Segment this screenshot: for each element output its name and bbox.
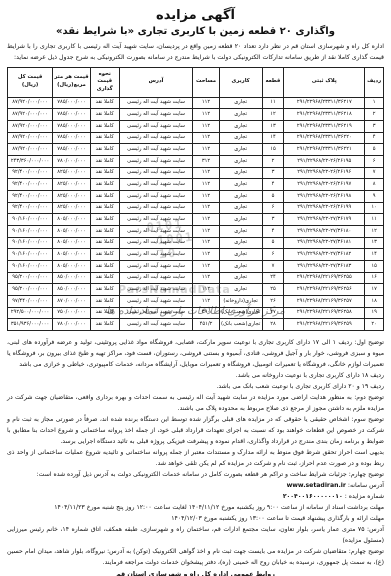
table-cell: کاملا نقد [90, 191, 119, 203]
table-cell: ۲۴۳/۳۶۰/۰۰۰/۰۰۰ [8, 156, 53, 168]
portal-address-label: آدرس سامانه: [348, 482, 384, 489]
table-cell: ۳۵۱/۹۳۶/۰۰۰/۰۰۰ [8, 319, 53, 331]
table-cell: ۳ [262, 214, 284, 226]
table-cell: ۸۷۰/۰۰۰/۰۰۰ [53, 295, 91, 307]
intro-paragraph: اداره کل راه و شهرسازی استان قم در نظر د… [7, 42, 384, 63]
table-cell: ۲۵ [262, 284, 284, 296]
table-cell: ۸۰۵/۰۰۰/۰۰۰ [53, 237, 91, 249]
table-cell: ۱۶ [365, 272, 384, 284]
table-cell: ۱۱۲ [193, 249, 219, 261]
table-cell: ۲۸ [262, 319, 284, 331]
table-cell: تجاری [219, 237, 262, 249]
table-row: ۱۲۲۹۱/۲۲۹۶۸/۲۲-۲۷/۳۶۱۸۰۴تجاری۱۱۲سایت شهی… [8, 226, 384, 238]
table-row: ۱۸۲۹۱/۲۲۹۶۸/۲۲۱۶۹/۳۶۲۵۷۲۶تجاری(داروخانه)… [8, 295, 384, 307]
table-cell: تجاری [219, 109, 262, 121]
setadiran-link[interactable]: www.setadiran.ir [287, 482, 346, 489]
table-cell: ۲۹۱/۲۲۹۶۸/۲۲-۲۷/۳۶۱۷۹ [284, 214, 365, 226]
table-cell: سایت شهید آیت اله رئیسی [119, 261, 193, 273]
table-cell: سایت شهید آیت اله رئیسی [119, 319, 193, 331]
table-cell: ۱۵ [262, 144, 284, 156]
table-cell: ۲۹۱/۲۲۹۶۸/۲۲۱۶۹/۳۶۲۵۶ [284, 284, 365, 296]
table-cell: کاملا نقد [90, 109, 119, 121]
table-cell: ۶ [262, 202, 284, 214]
table-cell: تجاری [219, 179, 262, 191]
table-cell: ۱۱۲ [193, 226, 219, 238]
table-cell: ۱۱۲ [193, 121, 219, 133]
table-cell: تجاری [219, 284, 262, 296]
table-cell: ۲۹۱/۲۲۹۶۸/۲۲-۲۶/۲۶۱۹۵ [284, 156, 365, 168]
column-header: قیمت هر متر مربع(ریال) [53, 68, 91, 98]
table-cell: کاملا نقد [90, 319, 119, 331]
table-cell: تجاری [219, 97, 262, 109]
table-cell: ۲۹۱/۲۲۹۶۸/۲۲-۲۷/۳۶۱۸۱ [284, 237, 365, 249]
signature-line: روابط عمومی اداره کل راه و شهرسازی استان… [7, 570, 384, 576]
column-header: آدرس [119, 68, 193, 98]
page-subtitle: واگذاری ۲۰ قطعه زمین با کاربری تجاری «با… [7, 26, 384, 37]
table-cell: ۷۵۰/۰۰۰/۰۰۰ [53, 307, 91, 319]
table-cell: ۳ [262, 167, 284, 179]
table-cell: کاملا نقد [90, 167, 119, 179]
table-cell: سایت شهید آیت اله رئیسی [119, 226, 193, 238]
table-cell: ۱۰ [365, 202, 384, 214]
table-cell: ۱۱۲ [193, 272, 219, 284]
table-cell: ۸۷/۹۲۰/۰۰۰/۰۰۰ [8, 97, 53, 109]
table-cell: ۵ [262, 191, 284, 203]
table-cell: ۸۷/۹۲۰/۰۰۰/۰۰۰ [8, 144, 53, 156]
table-cell: ۹۰/۱۶۰/۰۰۰/۰۰۰ [8, 261, 53, 273]
table-cell: ۱۱۲ [193, 237, 219, 249]
table-cell: ۲۹۱/۲۲۹۶۸/۲۳۳۱۱/۳۶۲۱۹ [284, 121, 365, 133]
table-row: ۱۲۹۱/۲۲۹۶۸/۲۳۳۱۱/۳۶۲۱۷۱۱تجاری۱۱۲سایت شهی… [8, 97, 384, 109]
table-cell: سایت شهید آیت اله رئیسی [119, 156, 193, 168]
table-row: ۱۷۲۹۱/۲۲۹۶۸/۲۲۱۶۹/۳۶۲۵۶۲۵تجاری۱۱۲سایت شه… [8, 284, 384, 296]
note-paragraph: بدیهی است احراز تحقق شرط فوق منوط به ارا… [7, 447, 384, 469]
table-cell: ۲۹۱/۲۲۹۶۸/۲۳۳۱۱/۳۶۲۲۰ [284, 132, 365, 144]
table-cell: ۱۱۲ [193, 202, 219, 214]
table-cell: ۱۱۲ [193, 214, 219, 226]
table-row: ۱۱۲۹۱/۲۲۹۶۸/۲۲-۲۷/۳۶۱۷۹۳تجاری۱۱۲سایت شهی… [8, 214, 384, 226]
table-cell: کاملا نقد [90, 307, 119, 319]
table-cell: ۱۱۲ [193, 261, 219, 273]
table-cell: ۷۸۵/۰۰۰/۰۰۰ [53, 121, 91, 133]
table-cell: سایت شهید آیت اله رئیسی [119, 191, 193, 203]
table-cell: ۷ [365, 167, 384, 179]
table-cell: ۱۱۲ [193, 97, 219, 109]
table-row: ۹۲۹۱/۲۲۹۶۸/۲۲-۲۶/۲۶۱۹۸۵تجاری۱۱۲سایت شهید… [8, 191, 384, 203]
table-cell: ۱۱۲ [193, 284, 219, 296]
table-cell: سایت شهید آیت اله رئیسی [119, 132, 193, 144]
table-cell: ۲ [262, 156, 284, 168]
note-paragraph: مهلت ارائه و بارگذاری پیشنهاد قیمت تا سا… [7, 513, 384, 524]
table-cell: ۹۵/۲۰۰/۰۰۰/۰۰۰ [8, 284, 53, 296]
table-cell: ۹۰/۱۶۰/۰۰۰/۰۰۰ [8, 226, 53, 238]
table-cell: سایت شهید آیت اله رئیسی [119, 284, 193, 296]
table-cell: ۲۹۱/۲۲۹۶۸/۲۲-۲۶/۲۶۱۹۸ [284, 191, 365, 203]
table-cell: ۱۷ [365, 284, 384, 296]
table-cell: تجاری [219, 202, 262, 214]
table-cell: کاملا نقد [90, 295, 119, 307]
table-cell: ۹۵/۲۰۰/۰۰۰/۰۰۰ [8, 272, 53, 284]
table-cell: ۴ [262, 226, 284, 238]
auction-table-body: ۱۲۹۱/۲۲۹۶۸/۲۳۳۱۱/۳۶۲۱۷۱۱تجاری۱۱۲سایت شهی… [8, 97, 384, 330]
notes-section: توضیح اول: ردیف ۱ الی ۱۷ دارای کاربری تج… [7, 337, 384, 568]
table-cell: ۹۲/۴۰۰/۰۰۰/۰۰۰ [8, 202, 53, 214]
table-cell: کاملا نقد [90, 284, 119, 296]
table-cell: ۱۱۲ [193, 144, 219, 156]
table-cell: تجاری [219, 132, 262, 144]
table-cell: تجاری(شعب بانک) [219, 319, 262, 331]
table-cell: ۱۱۲ [193, 132, 219, 144]
auction-table: ردیفپلاک ثبتیقطعهکاربریمساحتآدرسنحوه قیم… [7, 67, 384, 331]
note-paragraph: توضیح چهارم: متقاضیان شرکت در مزایده می … [7, 546, 384, 568]
table-row: ۱۰۲۹۱/۲۲۹۶۸/۲۲-۲۶/۲۶۱۹۹۶تجاری۱۱۲سایت شهی… [8, 202, 384, 214]
table-cell: سایت شهید آیت اله رئیسی [119, 109, 193, 121]
auction-table-header: ردیفپلاک ثبتیقطعهکاربریمساحتآدرسنحوه قیم… [8, 68, 384, 98]
table-cell: ۹۰/۱۶۰/۰۰۰/۰۰۰ [8, 237, 53, 249]
table-cell: سایت شهید آیت اله رئیسی [119, 144, 193, 156]
table-cell: ۱۸ [365, 295, 384, 307]
table-cell: ۱۴ [365, 249, 384, 261]
note-paragraph: ردیف ۱۹ و ۲۰ دارای کاربری تجاری با نوعیت… [7, 381, 384, 392]
table-row: ۱۵۲۹۱/۲۲۹۶۸/۲۲-۲۷/۳۶۱۸۳۷تجاری۱۱۲سایت شهی… [8, 261, 384, 273]
table-cell: کاملا نقد [90, 132, 119, 144]
table-cell: سایت شهید آیت اله رئیسی [119, 307, 193, 319]
table-cell: تجاری [219, 156, 262, 168]
table-cell: تجاری(شعب بانک) [219, 307, 262, 319]
table-cell: ۹۰/۱۶۰/۰۰۰/۰۰۰ [8, 214, 53, 226]
table-cell: ۲۷ [262, 307, 284, 319]
table-cell: تجاری [219, 249, 262, 261]
table-row: ۱۳۲۹۱/۲۲۹۶۸/۲۲-۲۷/۳۶۱۸۱۵تجاری۱۱۲سایت شهی… [8, 237, 384, 249]
table-cell: ۷۸۰/۰۰۰/۰۰۰ [53, 319, 91, 331]
table-cell: ۸۰۵/۰۰۰/۰۰۰ [53, 226, 91, 238]
table-cell: ۲۹۱/۲۲۹۶۸/۲۳۳۱۱/۳۶۲۲۱ [284, 144, 365, 156]
auction-number-label: شماره مزایده : [345, 493, 384, 500]
column-header: پلاک ثبتی [284, 68, 365, 98]
table-cell: ۱۹ [365, 307, 384, 319]
table-cell: کاملا نقد [90, 214, 119, 226]
column-header: کاربری [219, 68, 262, 98]
note-paragraph: آدرس: ۷۵ متری عمار یاسر، بلوار تعاون، سا… [7, 524, 384, 546]
table-cell: ۱۱۲ [193, 179, 219, 191]
header-row: ردیفپلاک ثبتیقطعهکاربریمساحتآدرسنحوه قیم… [8, 68, 384, 98]
table-row: ۷۲۹۱/۲۲۹۶۸/۲۲-۲۶/۲۶۱۹۶۳تجاری۱۱۲سایت شهید… [8, 167, 384, 179]
table-cell: کاملا نقد [90, 121, 119, 133]
table-cell: تجاری [219, 121, 262, 133]
table-cell: ۱۱ [365, 214, 384, 226]
table-cell: ۸۲۵/۰۰۰/۰۰۰ [53, 191, 91, 203]
table-cell: ۱۳ [365, 237, 384, 249]
table-cell: ۲۹۱/۲۲۹۶۸/۲۲۱۶۹/۳۶۲۵۸ [284, 307, 365, 319]
table-cell: کاملا نقد [90, 202, 119, 214]
note-paragraph: توضیح دوم: به منظور هدایت اراضی مورد مزا… [7, 392, 384, 414]
table-cell: ۷ [262, 261, 284, 273]
table-cell: کاملا نقد [90, 156, 119, 168]
table-cell: ۱۴ [262, 132, 284, 144]
table-cell: ۳۹۰ [193, 307, 219, 319]
table-cell: ۸۰۵/۰۰۰/۰۰۰ [53, 214, 91, 226]
table-cell: سایت شهید آیت اله رئیسی [119, 237, 193, 249]
table-cell: ۸۰۵/۰۰۰/۰۰۰ [53, 261, 91, 273]
table-cell: ۱۱۲ [193, 167, 219, 179]
table-cell: کاملا نقد [90, 97, 119, 109]
table-cell: ۲۹۱/۲۲۹۶۸/۲۲-۲۷/۳۶۱۸۲ [284, 249, 365, 261]
table-cell: ۱۱۲ [193, 295, 219, 307]
table-cell: ۸۲۵/۰۰۰/۰۰۰ [53, 202, 91, 214]
table-row: ۱۹۲۹۱/۲۲۹۶۸/۲۲۱۶۹/۳۶۲۵۸۲۷تجاری(شعب بانک)… [8, 307, 384, 319]
table-cell: ۴۵۱/۲ [193, 319, 219, 331]
table-cell: ۱۳ [262, 121, 284, 133]
table-cell: ۱۱ [262, 97, 284, 109]
table-cell: تجاری [219, 144, 262, 156]
table-cell: کاملا نقد [90, 226, 119, 238]
table-cell: ۲۹۱/۲۲۹۶۸/۲۲۱۶۹/۳۶۲۵۵ [284, 272, 365, 284]
table-row: ۸۲۹۱/۲۲۹۶۸/۲۲-۲۶/۲۶۱۹۷۴تجاری۱۱۲سایت شهید… [8, 179, 384, 191]
note-paragraph: مهلت برداشت اسناد از سامانه از ساعت ۹:۰۰… [7, 502, 384, 513]
table-cell: ۲۹۱/۲۲۹۶۸/۲۳۳۱۱/۳۶۲۱۸ [284, 109, 365, 121]
table-cell: ۸۲۵/۰۰۰/۰۰۰ [53, 179, 91, 191]
table-cell: ۹۷/۴۴۰/۰۰۰/۰۰۰ [8, 295, 53, 307]
auction-notice-page: 0101 1001 10 ParsNamadData مرکز فرآوری ا… [0, 0, 391, 576]
table-cell: ۱ [365, 97, 384, 109]
table-cell: ۹۲/۴۰۰/۰۰۰/۰۰۰ [8, 167, 53, 179]
table-cell: ۳ [365, 121, 384, 133]
table-row: ۵۲۹۱/۲۲۹۶۸/۲۳۳۱۱/۳۶۲۲۱۱۵تجاری۱۱۲سایت شهی… [8, 144, 384, 156]
table-cell: ۲۹۱/۲۲۹۶۸/۲۲-۲۶/۲۶۱۹۶ [284, 167, 365, 179]
column-header: قیمت کل (ریال) [8, 68, 53, 98]
table-cell: ۹۰/۱۶۰/۰۰۰/۰۰۰ [8, 249, 53, 261]
table-cell: ۲۶ [262, 295, 284, 307]
table-cell: سایت شهید آیت اله رئیسی [119, 214, 193, 226]
table-row: ۴۲۹۱/۲۲۹۶۸/۲۳۳۱۱/۳۶۲۲۰۱۴تجاری۱۱۲سایت شهی… [8, 132, 384, 144]
table-cell: ۲۹۱/۲۲۹۶۸/۲۲-۲۶/۲۶۱۹۷ [284, 179, 365, 191]
table-cell: تجاری [219, 214, 262, 226]
table-cell: ۷۸۵/۰۰۰/۰۰۰ [53, 109, 91, 121]
table-cell: ۷۸۰/۰۰۰/۰۰۰ [53, 156, 91, 168]
table-cell: کاملا نقد [90, 272, 119, 284]
column-header: نحوه قیمت گذاری [90, 68, 119, 98]
table-row: ۳۲۹۱/۲۲۹۶۸/۲۳۳۱۱/۳۶۲۱۹۱۳تجاری۱۱۲سایت شهی… [8, 121, 384, 133]
page-title: آگهی مزایده [7, 8, 384, 23]
table-cell: ۱۱۲ [193, 191, 219, 203]
table-cell: ۵ [365, 144, 384, 156]
table-row: ۶۲۹۱/۲۲۹۶۸/۲۲-۲۶/۲۶۱۹۵۲تجاری۳۱۲سایت شهید… [8, 156, 384, 168]
table-cell: ۸۵۰/۰۰۰/۰۰۰ [53, 284, 91, 296]
table-cell: سایت شهید آیت اله رئیسی [119, 121, 193, 133]
note-paragraph: توضیح چهارم: جزئیات شرایط ساخت و تراکم ه… [7, 469, 384, 480]
table-cell: ۸۷/۹۲۰/۰۰۰/۰۰۰ [8, 109, 53, 121]
table-cell: سایت شهید آیت اله رئیسی [119, 249, 193, 261]
table-cell: ۳۱۲ [193, 156, 219, 168]
portal-address-line: آدرس سامانه: www.setadiran.ir [7, 480, 384, 491]
table-row: ۱۶۲۹۱/۲۲۹۶۸/۲۲۱۶۹/۳۶۲۵۵۲۴تجاری۱۱۲سایت شه… [8, 272, 384, 284]
note-paragraph: ردیف ۱۸ دارای کاربری تجاری با نوعیت دارو… [7, 370, 384, 381]
table-cell: ۸۷/۹۲۰/۰۰۰/۰۰۰ [8, 132, 53, 144]
table-cell: کاملا نقد [90, 261, 119, 273]
table-cell: سایت شهید آیت اله رئیسی [119, 295, 193, 307]
table-cell: ۱۱۲ [193, 109, 219, 121]
column-header: قطعه [262, 68, 284, 98]
table-cell: تجاری [219, 261, 262, 273]
table-cell: ۴ [365, 132, 384, 144]
table-cell: تجاری [219, 191, 262, 203]
table-cell: ۸۷/۹۲۰/۰۰۰/۰۰۰ [8, 121, 53, 133]
table-cell: ۱۲ [365, 226, 384, 238]
table-cell: تجاری [219, 226, 262, 238]
table-cell: ۷۸۵/۰۰۰/۰۰۰ [53, 132, 91, 144]
table-cell: کاملا نقد [90, 249, 119, 261]
column-header: مساحت [193, 68, 219, 98]
auction-number-line: شماره مزایده : ۲۰۰۴۰۰۱۶۰۰۰۰۰۰۱۰ [7, 491, 384, 502]
table-cell: ۶ [365, 156, 384, 168]
table-cell: ۲۹۱/۲۲۹۶۸/۲۲-۲۶/۲۶۱۹۹ [284, 202, 365, 214]
table-cell: ۸۵۰/۰۰۰/۰۰۰ [53, 272, 91, 284]
table-cell: تجاری(داروخانه) [219, 295, 262, 307]
table-cell: ۷۸۵/۰۰۰/۰۰۰ [53, 97, 91, 109]
table-row: ۲۰۲۹۱/۲۲۹۶۸/۲۲۱۶۹/۳۶۲۵۹۲۸تجاری(شعب بانک)… [8, 319, 384, 331]
table-cell: ۵ [262, 237, 284, 249]
table-cell: ۱۲ [262, 109, 284, 121]
auction-number-value: ۲۰۰۴۰۰۱۶۰۰۰۰۰۰۱۰ [283, 493, 343, 500]
table-cell: سایت شهید آیت اله رئیسی [119, 97, 193, 109]
note-paragraph: توضیح اول: ردیف ۱ الی ۱۷ دارای کاربری تج… [7, 337, 384, 370]
table-cell: ۲۹۱/۲۲۹۶۸/۲۲۱۶۹/۳۶۲۵۷ [284, 295, 365, 307]
table-cell: ۹ [365, 191, 384, 203]
table-cell: ۲۰ [365, 319, 384, 331]
table-cell: ۴ [262, 179, 284, 191]
table-cell: سایت شهید آیت اله رئیسی [119, 167, 193, 179]
table-cell: تجاری [219, 167, 262, 179]
column-header: ردیف [365, 68, 384, 98]
table-cell: ۲ [365, 109, 384, 121]
table-cell: ۹۲/۴۰۰/۰۰۰/۰۰۰ [8, 179, 53, 191]
table-cell: ۱۵ [365, 261, 384, 273]
table-cell: ۹۲/۴۰۰/۰۰۰/۰۰۰ [8, 191, 53, 203]
table-cell: کاملا نقد [90, 179, 119, 191]
table-cell: ۲۹۱/۲۲۹۶۸/۲۲-۲۷/۳۶۱۸۰ [284, 226, 365, 238]
table-cell: ۷۸۵/۰۰۰/۰۰۰ [53, 144, 91, 156]
table-cell: ۲۹۱/۲۲۹۶۸/۲۲-۲۷/۳۶۱۸۳ [284, 261, 365, 273]
table-cell: ۸ [365, 179, 384, 191]
table-cell: سایت شهید آیت اله رئیسی [119, 272, 193, 284]
table-cell: تجاری [219, 272, 262, 284]
table-cell: سایت شهید آیت اله رئیسی [119, 202, 193, 214]
table-cell: سایت شهید آیت اله رئیسی [119, 179, 193, 191]
table-row: ۲۲۹۱/۲۲۹۶۸/۲۳۳۱۱/۳۶۲۱۸۱۲تجاری۱۱۲سایت شهی… [8, 109, 384, 121]
table-cell: ۸۰۵/۰۰۰/۰۰۰ [53, 249, 91, 261]
table-cell: ۶ [262, 249, 284, 261]
note-paragraph: توضیح سوم: اشخاص حقیقی یا حقوقی که در مز… [7, 414, 384, 447]
table-row: ۱۴۲۹۱/۲۲۹۶۸/۲۲-۲۷/۳۶۱۸۲۶تجاری۱۱۲سایت شهی… [8, 249, 384, 261]
table-cell: ۲۹۱/۲۲۹۶۸/۲۲۱۶۹/۳۶۲۵۹ [284, 319, 365, 331]
table-cell: ۲۹۲/۵۰۰/۰۰۰/۰۰۰ [8, 307, 53, 319]
table-cell: ۲۹۱/۲۲۹۶۸/۲۳۳۱۱/۳۶۲۱۷ [284, 97, 365, 109]
table-cell: ۲۴ [262, 272, 284, 284]
table-cell: ۸۲۵/۰۰۰/۰۰۰ [53, 167, 91, 179]
table-cell: کاملا نقد [90, 237, 119, 249]
table-cell: کاملا نقد [90, 144, 119, 156]
